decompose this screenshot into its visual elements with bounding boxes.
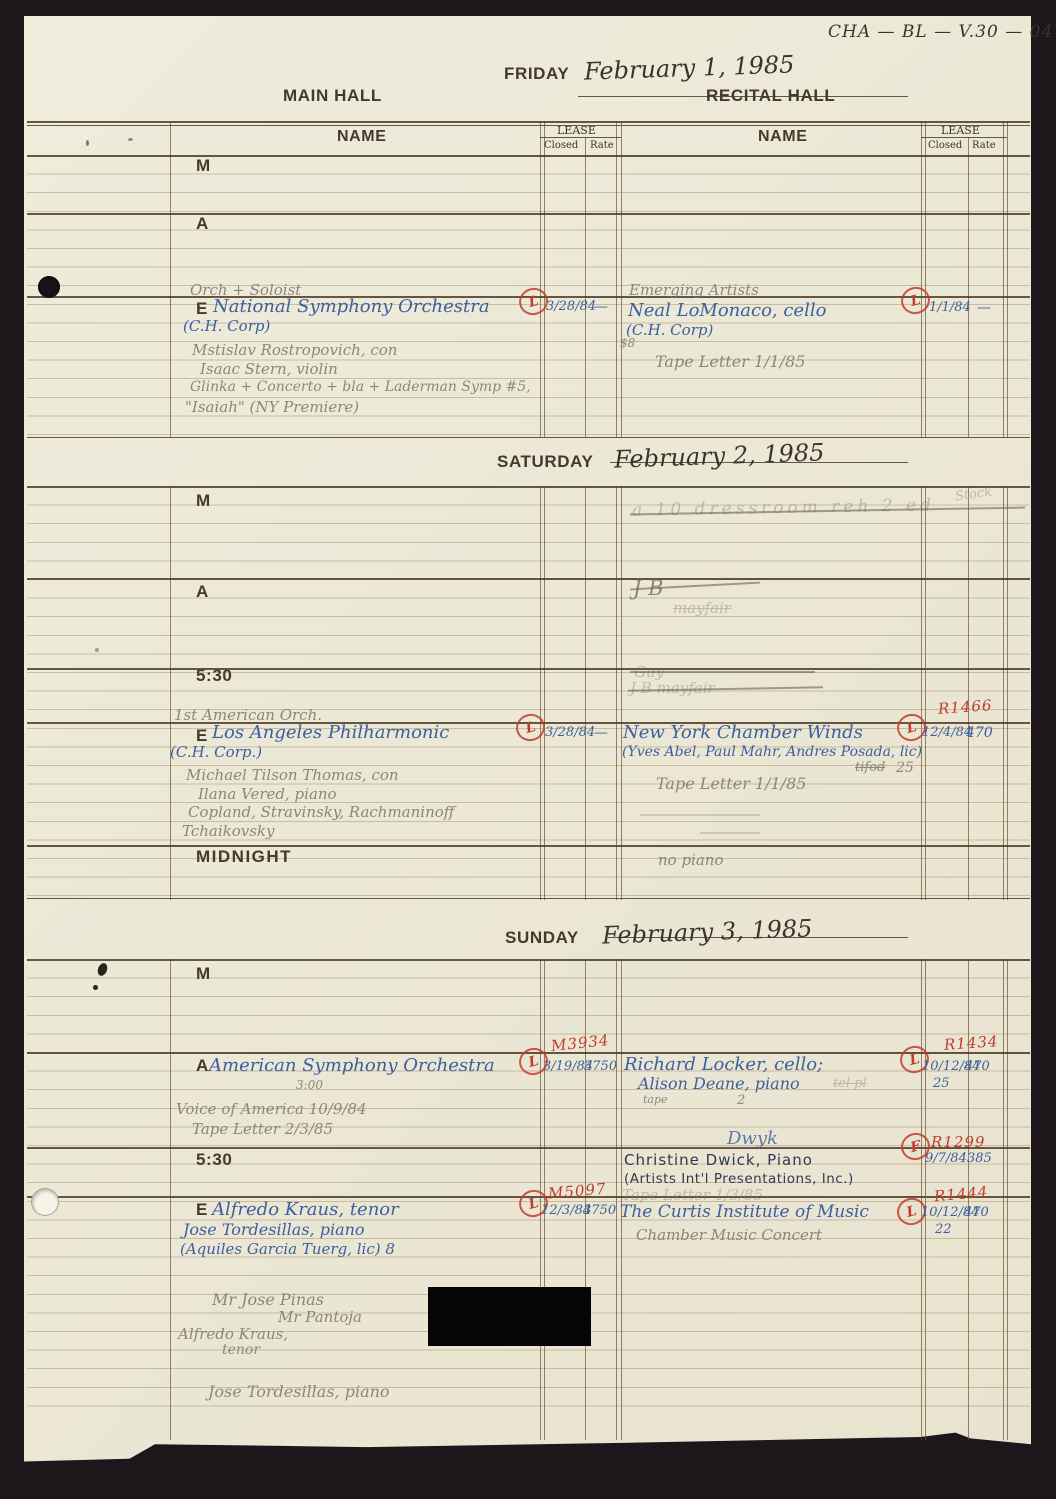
lease-rate: 3750 bbox=[584, 1059, 617, 1074]
entry-note: Voice of America 10/9/84 bbox=[176, 1100, 367, 1118]
recital-hall-heading: RECITAL HALL bbox=[706, 86, 835, 106]
grid-line bbox=[616, 486, 617, 900]
grid-line bbox=[925, 959, 926, 1440]
punch-hole-dark bbox=[38, 276, 60, 298]
grid-line bbox=[170, 486, 171, 900]
grid-line bbox=[968, 137, 969, 437]
entry-name: Christine Dwick, Piano bbox=[624, 1151, 813, 1169]
row-label-midnight: MIDNIGHT bbox=[196, 847, 292, 867]
lease-rate: 3750 bbox=[583, 1203, 616, 1218]
entry-note: Isaac Stern, violin bbox=[200, 360, 338, 378]
stray-mark bbox=[640, 814, 760, 816]
entry-note: Chamber Music Concert bbox=[636, 1226, 822, 1244]
grid-line bbox=[1007, 121, 1008, 437]
ink-speck bbox=[93, 985, 98, 990]
entry-note: Tape Letter 1/1/85 bbox=[655, 352, 805, 371]
col-closed-recital: Closed bbox=[928, 140, 962, 151]
main-hall-heading: MAIN HALL bbox=[283, 86, 382, 106]
grid-line bbox=[621, 121, 622, 437]
grid-line bbox=[616, 121, 617, 437]
entry-name-2: Alison Deane, piano bbox=[638, 1074, 800, 1093]
grid-line bbox=[585, 959, 586, 1440]
lease-rate: 470 bbox=[964, 1205, 989, 1220]
entry-note: Mr Pantoja bbox=[278, 1308, 362, 1326]
lease-closed-date: 3/28/84 bbox=[546, 299, 596, 314]
day-label-saturday: SATURDAY bbox=[497, 452, 593, 472]
col-name-main: NAME bbox=[337, 128, 387, 146]
row-label-m: M bbox=[196, 156, 211, 176]
redaction-box bbox=[428, 1287, 591, 1346]
entry-note: Ilana Vered, piano bbox=[198, 785, 337, 803]
entry-note: tape bbox=[643, 1093, 668, 1106]
entry-name: American Symphony Orchestra bbox=[209, 1055, 495, 1076]
grid-line bbox=[27, 1147, 1030, 1149]
grid-line bbox=[540, 486, 541, 900]
archive-code: CHA — BL — V.30 — 047 bbox=[828, 22, 1056, 42]
ruled-lines-saturday bbox=[27, 487, 1030, 900]
grid-line bbox=[27, 845, 1030, 847]
entry-name: Alfredo Kraus, tenor bbox=[212, 1199, 399, 1220]
grid-line bbox=[27, 486, 1030, 488]
col-rate-main: Rate bbox=[590, 140, 614, 151]
lease-ref-number: R1466 bbox=[937, 696, 993, 718]
entry-note: Dwyk bbox=[727, 1128, 778, 1149]
lease-closed-date: 1/1/84 bbox=[929, 300, 971, 315]
entry-note: Jose Tordesillas, piano bbox=[208, 1382, 390, 1401]
row-label-530: 5:30 bbox=[196, 1150, 232, 1170]
row-label-e: E bbox=[196, 1200, 208, 1220]
entry-note: Copland, Stravinsky, Rachmaninoff bbox=[188, 803, 454, 821]
scanned-ledger-page: CHA — BL — V.30 — 047 FRIDAY February 1,… bbox=[0, 0, 1056, 1499]
grid-line bbox=[1007, 959, 1008, 1440]
entry-name: The Curtis Institute of Music bbox=[620, 1202, 869, 1222]
stray-mark bbox=[700, 832, 760, 834]
grid-line bbox=[621, 486, 622, 900]
grid-line bbox=[921, 959, 922, 1440]
entry-note: Tape Letter 1/1/85 bbox=[656, 774, 806, 793]
grid-line bbox=[27, 668, 1030, 670]
row-label-a: A bbox=[196, 214, 209, 234]
grid-line bbox=[1003, 959, 1004, 1440]
col-name-recital: NAME bbox=[758, 128, 808, 146]
grid-line bbox=[27, 898, 1030, 899]
day-label-sunday: SUNDAY bbox=[505, 928, 579, 948]
crossout-stroke bbox=[630, 671, 815, 673]
row-label-a: A bbox=[196, 1056, 209, 1076]
grid-line bbox=[27, 125, 1030, 126]
entry-name-2: (C.H. Corp) bbox=[626, 321, 713, 339]
entry-name: National Symphony Orchestra bbox=[213, 296, 490, 317]
grid-line bbox=[27, 121, 1030, 123]
ink-speck bbox=[95, 648, 99, 652]
grid-line bbox=[540, 121, 541, 437]
punch-hole-light bbox=[31, 1188, 59, 1216]
row-label-m: M bbox=[196, 491, 211, 511]
grid-line bbox=[170, 959, 171, 1440]
entry-note: tenor bbox=[222, 1342, 260, 1358]
grid-line bbox=[921, 121, 922, 437]
col-lease-recital: LEASE bbox=[941, 124, 980, 137]
grid-line bbox=[27, 578, 1030, 580]
entry-name-2: (C.H. Corp) bbox=[183, 317, 270, 335]
lease-closed-date: 9/7/84 bbox=[925, 1151, 967, 1166]
lease-rate: — bbox=[594, 299, 608, 315]
ink-speck bbox=[128, 138, 133, 141]
grid-line bbox=[585, 137, 586, 437]
grid-line bbox=[585, 486, 586, 900]
lease-rate: 470 bbox=[965, 1059, 990, 1074]
capacity-note: 25 bbox=[896, 760, 914, 776]
grid-line bbox=[540, 137, 621, 138]
entry-name-2: Jose Tordesillas, piano bbox=[183, 1220, 365, 1239]
lease-ref-number: R1434 bbox=[943, 1032, 999, 1054]
lease-closed-date: 12/4/84 bbox=[922, 725, 972, 740]
lease-rate: 385 bbox=[967, 1151, 992, 1166]
entry-note: Emerging Artists bbox=[629, 281, 759, 299]
entry-note: "Isaiah" (NY Premiere) bbox=[185, 398, 359, 416]
grid-line bbox=[925, 486, 926, 900]
grid-line bbox=[921, 486, 922, 900]
crossed-out-note: tel pl bbox=[833, 1076, 867, 1091]
grid-line bbox=[27, 959, 1030, 961]
grid-line bbox=[1007, 486, 1008, 900]
grid-line bbox=[27, 437, 1030, 438]
entry-name: Los Angeles Philharmonic bbox=[212, 722, 449, 743]
grid-line bbox=[27, 155, 1030, 157]
grid-line bbox=[1003, 486, 1004, 900]
entry-name: Richard Locker, cello; bbox=[624, 1054, 823, 1075]
grid-line bbox=[925, 121, 926, 437]
col-closed-main: Closed bbox=[544, 140, 578, 151]
col-rate-recital: Rate bbox=[972, 140, 996, 151]
lease-closed-date: 3/28/84 bbox=[545, 725, 595, 740]
grid-line bbox=[27, 213, 1030, 215]
lease-ref-number: R1299 bbox=[931, 1133, 985, 1151]
fee-note: $8 bbox=[620, 336, 635, 350]
entry-name: Neal LoMonaco, cello bbox=[628, 300, 826, 321]
entry-name-2: (C.H. Corp.) bbox=[170, 743, 262, 761]
entry-note: no piano bbox=[658, 851, 724, 869]
entry-name: New York Chamber Winds bbox=[623, 722, 863, 743]
entry-name-2: (Yves Abel, Paul Mahr, Andres Posada, li… bbox=[622, 744, 922, 760]
lease-rate: — bbox=[977, 300, 991, 316]
col-lease-main: LEASE bbox=[557, 124, 596, 137]
time-note: 3:00 bbox=[296, 1078, 323, 1092]
entry-note: Mstislav Rostropovich, con bbox=[192, 341, 397, 359]
entry-note: Glinka + Concerto + bla + Laderman Symp … bbox=[190, 379, 531, 395]
ink-speck bbox=[86, 140, 89, 146]
crossed-out-note: tifod bbox=[855, 760, 885, 775]
entry-name-3: (Aquiles Garcia Tuerg, lic) 8 bbox=[180, 1240, 395, 1258]
grid-line bbox=[544, 486, 545, 900]
entry-name-2: (Artists Int'l Presentations, Inc.) bbox=[624, 1171, 854, 1187]
row-label-e: E bbox=[196, 299, 208, 319]
grid-line bbox=[544, 121, 545, 437]
entry-note: Alfredo Kraus, bbox=[178, 1325, 288, 1343]
row-label-530: 5:30 bbox=[196, 666, 232, 686]
lease-rate: — bbox=[594, 725, 608, 741]
grid-line bbox=[1003, 121, 1004, 437]
grid-line bbox=[170, 121, 171, 437]
lease-rate: 470 bbox=[966, 725, 993, 741]
grid-line bbox=[968, 486, 969, 900]
row-label-m: M bbox=[196, 964, 211, 984]
entry-note: Tape Letter 2/3/85 bbox=[192, 1120, 333, 1138]
entry-note: Tchaikovsky bbox=[182, 822, 275, 840]
day-label-friday: FRIDAY bbox=[504, 64, 569, 84]
capacity-note: 25 bbox=[933, 1076, 950, 1091]
crossed-out-note: mayfair bbox=[673, 599, 731, 617]
row-label-a: A bbox=[196, 582, 209, 602]
capacity-note: 22 bbox=[935, 1222, 952, 1237]
grid-line bbox=[616, 959, 617, 1440]
entry-note: Mr Jose Pinas bbox=[212, 1290, 324, 1309]
grid-line bbox=[921, 137, 1007, 138]
entry-note: Michael Tilson Thomas, con bbox=[186, 766, 399, 784]
entry-note: 2 bbox=[737, 1093, 745, 1108]
